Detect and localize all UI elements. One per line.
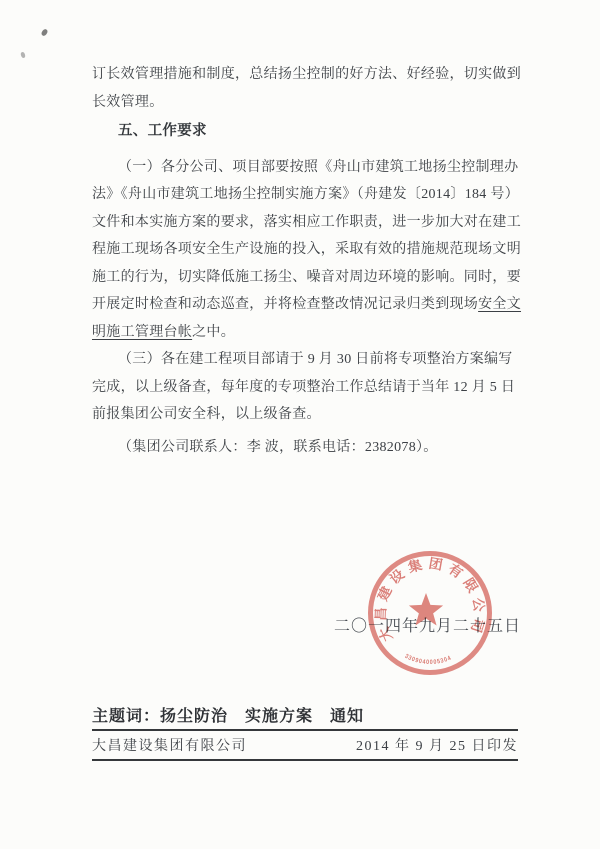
scan-speck	[20, 51, 26, 58]
paragraph-line: 订长效管理措施和制度，总结扬尘控制的好方法、好经验，切实做到	[92, 61, 524, 89]
underlined-text: 明施工管理台帐	[92, 325, 192, 340]
divider-line	[92, 729, 518, 731]
subject-keywords: 主题词：扬尘防治 实施方案 通知	[92, 703, 364, 726]
seal-number-text: 3309040005304	[404, 653, 453, 666]
underlined-text: 安全文	[478, 297, 521, 312]
divider-line	[92, 759, 518, 761]
paragraph-line: （一）各分公司、项目部要按照《舟山市建筑工地扬尘控制理办	[92, 154, 524, 182]
company-seal: 大昌建设集团有限公司 3309040005304	[360, 543, 500, 683]
paragraph-line: （三）各在建工程项目部请于 9 月 30 日前将专项整治方案编写	[92, 346, 524, 374]
paragraph-line: 施工的行为，切实降低施工扬尘、噪音对周边环境的影响。同时，要	[92, 264, 524, 292]
footer-print-date: 2014 年 9 月 25 日印发	[356, 737, 518, 757]
paragraph-line: 前报集团公司安全科，以上级备查。	[92, 401, 524, 429]
paragraph-line: 文件和本实施方案的要求，落实相应工作职责，进一步加大对在建工	[92, 209, 524, 237]
plain-text: 开展定时检查和动态巡查，并将检查整改情况记录归类到现场	[92, 297, 478, 312]
document-body: 订长效管理措施和制度，总结扬尘控制的好方法、好经验，切实做到 长效管理。 五、工…	[92, 61, 524, 461]
plain-text: 之中。	[192, 325, 235, 340]
seal-star-icon	[409, 593, 443, 626]
document-page: 订长效管理措施和制度，总结扬尘控制的好方法、好经验，切实做到 长效管理。 五、工…	[0, 0, 600, 849]
section-heading: 五、工作要求	[92, 118, 524, 146]
scan-speck	[40, 28, 48, 37]
paragraph-line: 明施工管理台帐之中。	[92, 319, 524, 347]
paragraph-line: 开展定时检查和动态巡查，并将检查整改情况记录归类到现场安全文	[92, 291, 524, 319]
contact-line: （集团公司联系人：李 波，联系电话：2382078）。	[92, 434, 524, 462]
footer-issuer: 大昌建设集团有限公司	[92, 737, 247, 757]
paragraph-line: 完成，以上级备查，每年度的专项整治工作总结请于当年 12 月 5 日	[92, 374, 524, 402]
paragraph-line: 法》《舟山市建筑工地扬尘控制实施方案》（舟建发〔2014〕184 号）	[92, 181, 524, 209]
svg-text:3309040005304: 3309040005304	[404, 653, 453, 666]
paragraph-line: 程施工现场各项安全生产设施的投入，采取有效的措施规范现场文明	[92, 236, 524, 264]
paragraph-line: 长效管理。	[92, 89, 524, 117]
footer-row: 大昌建设集团有限公司 2014 年 9 月 25 日印发	[92, 737, 518, 757]
